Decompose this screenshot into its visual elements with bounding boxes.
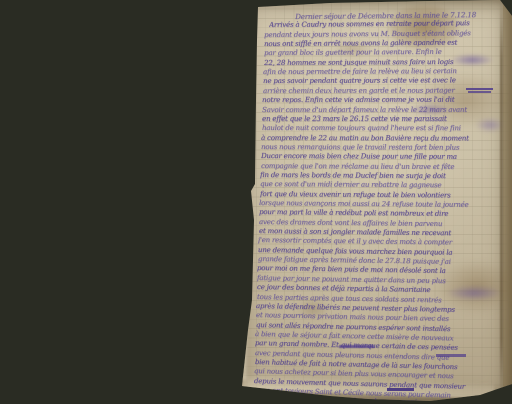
page-crease — [500, 0, 503, 398]
ink-dash — [387, 388, 414, 391]
ink-underline — [466, 88, 493, 90]
photo-background: Dernier séjour de Décembre dans la mine … — [0, 0, 512, 404]
ink-underline — [468, 91, 491, 93]
worn-left-edge — [240, 30, 247, 380]
handwritten-line: notre repos. Enfin cette vie admise comm… — [262, 96, 506, 105]
handwritten-line: ne pas savoir pendant quatre jours si ce… — [263, 77, 507, 87]
handwritten-line: haulot de nuit comme toujours quand l'he… — [262, 124, 506, 133]
ink-smudge — [451, 54, 493, 66]
ink-smudge — [447, 286, 501, 300]
handwritten-line: Ducar encore mais bien chez Duise pour u… — [261, 152, 505, 162]
ink-underline — [339, 345, 374, 348]
page-edge-shadow — [503, 0, 512, 400]
handwritten-line: Savoir comme d'un départ fameux la relèv… — [262, 105, 506, 114]
handwritten-line: à comprendre le 22 au matin au bon Baviè… — [261, 134, 505, 143]
handwritten-line: en effet que le 23 mars le 26.15 cette v… — [262, 115, 506, 124]
letter-page: Dernier séjour de Décembre dans la mine … — [238, 0, 512, 404]
ink-underline — [436, 354, 466, 357]
handwritten-line: nous nous remarquions que le travail res… — [261, 143, 505, 153]
ink-smudge — [410, 104, 450, 115]
